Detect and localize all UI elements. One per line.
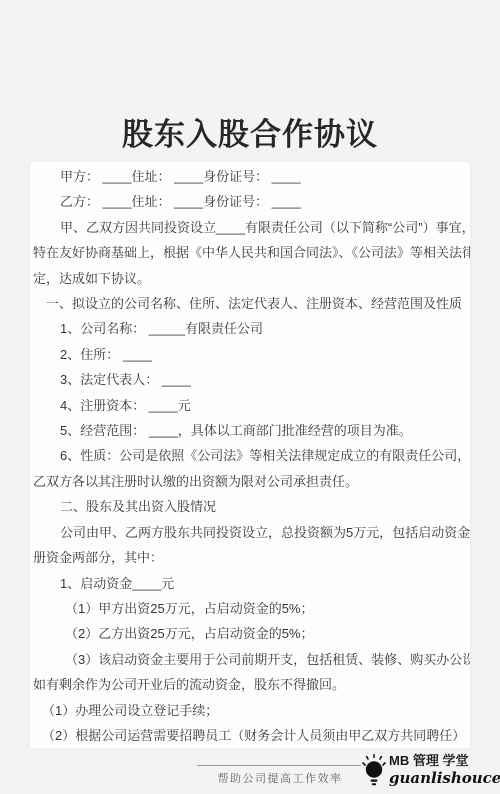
party-a-line: 甲方： ____住址： ____身份证号： ____ <box>33 164 470 189</box>
contract-body-panel: 甲方： ____住址： ____身份证号： ____ 乙方： ____住址： _… <box>30 162 470 748</box>
intro-paragraph: 甲、乙双方因共同投资设立____有限责任公司（以下简称“公司”）事宜， 特在友好… <box>33 215 470 291</box>
clause-registered-capital: 4、注册资本： ____元 <box>33 393 470 418</box>
clause-hiring: （2）根据公司运营需要招聘员工（财务会计人员须由甲乙双方共同聘任） <box>33 723 470 748</box>
clause-startup-capital: 1、启动资金____元 <box>33 571 470 596</box>
party-b-line: 乙方： ____住址： ____身份证号： ____ <box>33 189 470 214</box>
section-2-heading: 二、股东及其出资入股情况 <box>33 494 470 519</box>
clause-company-name: 1、公司名称： _____有限责任公司 <box>33 316 470 341</box>
brand-name: MB 管理 学堂 <box>389 752 500 769</box>
footer-tagline: 帮助公司提高工作效率 <box>190 770 370 786</box>
sub-clause-party-a-contribution: （1）甲方出资25万元，占启动资金的5%； <box>33 596 470 621</box>
sub-clause-startup-usage: （3）该启动资金主要用于公司前期开支，包括租赁、装修、购买办公设备等， 如有剩余… <box>33 647 470 698</box>
investment-overview: 公司由甲、乙两方股东共同投资设立，总投资额为5万元，包括启动资金和注 册资金两部… <box>33 520 470 571</box>
document-title: 股东入股合作协议 <box>0 109 500 154</box>
sub-clause-party-b-contribution: （2）乙方出资25万元，占启动资金的5%； <box>33 621 470 646</box>
clause-address: 2、住所： ____ <box>33 342 470 367</box>
lightbulb-icon <box>362 752 386 793</box>
brand-text-block: MB 管理 学堂 guanlishouce <box>389 752 500 787</box>
clause-business-scope: 5、经营范围： ____，具体以工商部门批准经营的项目为准。 <box>33 418 470 443</box>
clause-registration-procedure: （1）办理公司设立登记手续； <box>33 698 470 723</box>
clause-legal-representative: 3、法定代表人： ____ <box>33 367 470 392</box>
brand-handle: guanlishouce <box>389 769 500 787</box>
footer-divider <box>197 765 361 766</box>
section-1-heading: 一、拟设立的公司名称、住所、法定代表人、注册资本、经营范围及性质 <box>33 291 470 316</box>
brand-logo: MB 管理 学堂 guanlishouce <box>362 752 500 793</box>
clause-company-nature: 6、性质：公司是依照《公司法》等相关法律规定成立的有限责任公司，甲、 乙双方各以… <box>33 443 470 494</box>
